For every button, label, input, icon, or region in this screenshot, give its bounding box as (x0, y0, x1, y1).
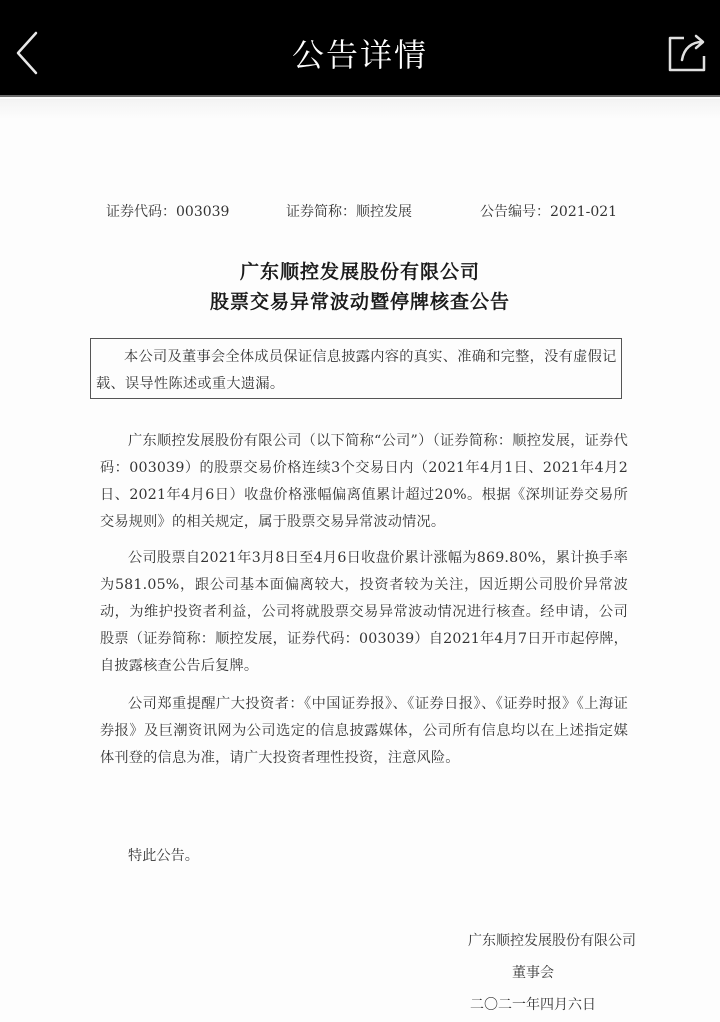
top-navigation-bar: 公告详情 (0, 0, 720, 97)
paragraph-suspension: 公司股票自2021年3月8日至4月6日收盘价累计涨幅为869.80%，累计换手率… (100, 545, 628, 680)
security-abbreviation: 证券简称：顺控发展 (286, 201, 412, 221)
security-code: 证券代码：003039 (106, 201, 229, 221)
document-title-subject: 股票交易异常波动暨停牌核查公告 (0, 287, 720, 314)
disclaimer-box: 本公司及董事会全体成员保证信息披露内容的真实、准确和完整，没有虚假记载、误导性陈… (90, 338, 622, 399)
announcement-number: 公告编号：2021-021 (480, 201, 617, 221)
share-button[interactable] (664, 30, 708, 74)
document-title-company: 广东顺控发展股份有限公司 (0, 257, 720, 284)
closing-statement: 特此公告。 (128, 845, 199, 865)
document-meta-row: 证券代码：003039 证券简称：顺控发展 公告编号：2021-021 (0, 201, 720, 221)
paragraph-investor-reminder: 公司郑重提醒广大投资者：《中国证券报》、《证券日报》、《证券时报》《上海证券报》… (100, 691, 628, 772)
page-title: 公告详情 (0, 30, 720, 76)
paragraph-abnormal-fluctuation: 广东顺控发展股份有限公司（以下简称“公司”）（证券简称：顺控发展，证券代码：00… (100, 428, 628, 536)
share-icon (664, 30, 708, 74)
signature-date: 二〇二一年四月六日 (430, 994, 636, 1014)
signature-company: 广东顺控发展股份有限公司 (430, 930, 636, 950)
signature-board: 董事会 (430, 962, 636, 982)
